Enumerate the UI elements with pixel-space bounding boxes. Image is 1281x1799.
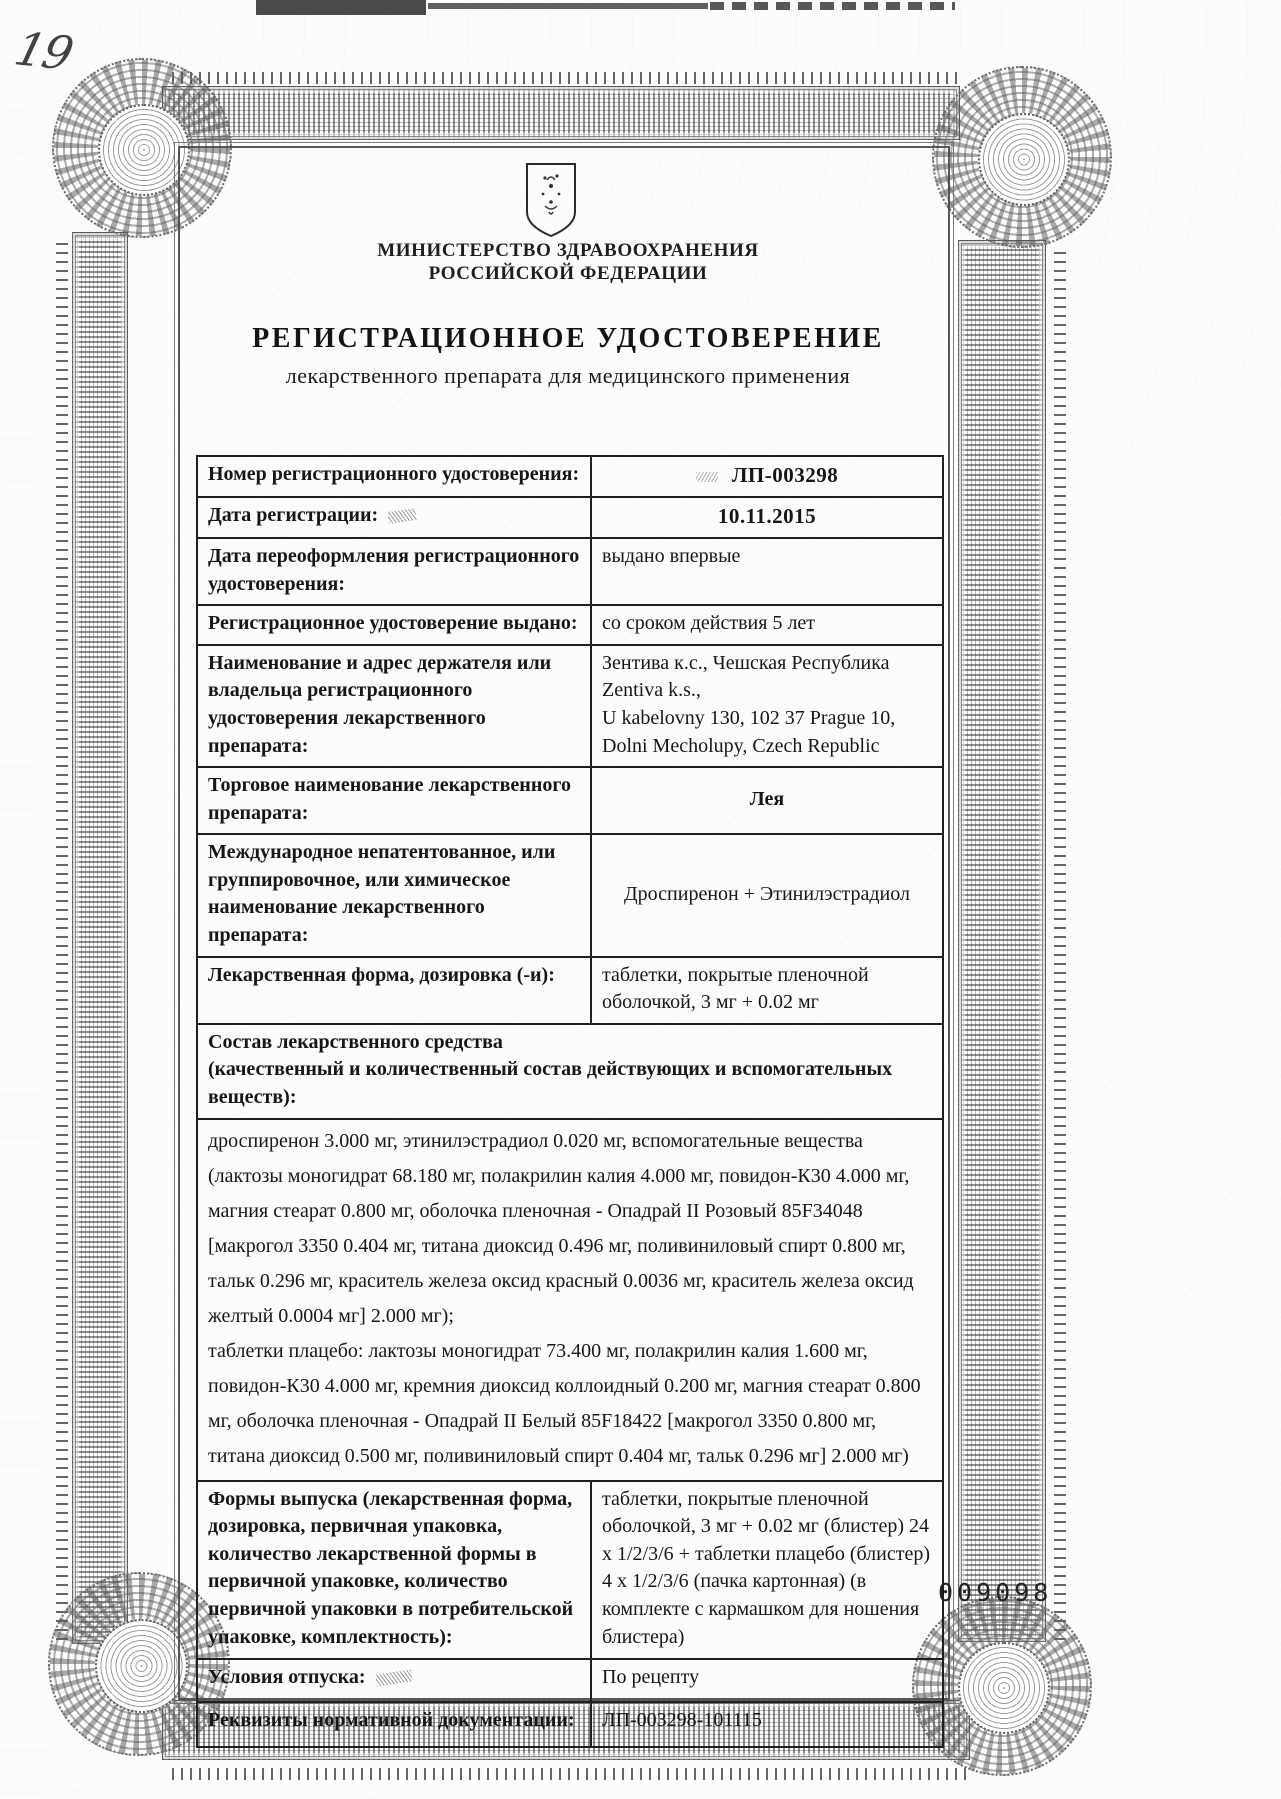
- holder-line: Zentiva k.s.,: [602, 677, 932, 705]
- row-label: Условия отпуска:: [198, 1660, 590, 1701]
- composition-heading-line1: Состав лекарственного средства: [208, 1029, 932, 1057]
- row-label: Дата переоформления регистрационного удо…: [198, 539, 590, 604]
- table-row-dosage-form: Лекарственная форма, дозировка (-и): таб…: [198, 956, 942, 1023]
- row-label: Номер регистрационного удостоверения:: [198, 457, 590, 496]
- holder-line: U kabelovny 130, 102 37 Prague 10,: [602, 705, 932, 733]
- row-label: Формы выпуска (лекарственная форма, дози…: [198, 1482, 590, 1658]
- coat-of-arms-icon: [523, 162, 579, 240]
- normative-doc-number: ЛП-003298-101115: [590, 1703, 942, 1746]
- ink-smudge: [696, 472, 718, 482]
- table-row-composition-body: дроспиренон 3.000 мг, этинилэстрадиол 0.…: [198, 1118, 942, 1480]
- composition-heading: Состав лекарственного средства (качестве…: [198, 1025, 942, 1118]
- frame-ticks-top: [172, 72, 960, 84]
- row-label: Реквизиты нормативной документации:: [198, 1703, 590, 1746]
- row-value: ЛП-003298: [590, 457, 942, 496]
- certificate-table: Номер регистрационного удостоверения: ЛП…: [196, 455, 944, 1748]
- document-title: РЕГИСТРАЦИОННОЕ УДОСТОВЕРЕНИЕ: [188, 323, 948, 355]
- table-row-dispensing: Условия отпуска: По рецепту: [198, 1658, 942, 1701]
- holder-line: Зентива к.с., Чешская Республика: [602, 650, 932, 678]
- ministry-name-line1: МИНИСТЕРСТВО ЗДРАВООХРАНЕНИЯ: [188, 240, 948, 262]
- table-row-reissue-date: Дата переоформления регистрационного удо…: [198, 537, 942, 604]
- row-label: Лекарственная форма, дозировка (-и):: [198, 958, 590, 1023]
- table-row-inn: Международное непатентованное, или групп…: [198, 833, 942, 955]
- composition-heading-line2: (качественный и количественный состав де…: [208, 1056, 932, 1111]
- table-row-trade-name: Торговое наименование лекарственного пре…: [198, 766, 942, 833]
- border-band-left: [72, 232, 128, 1644]
- row-label: Международное непатентованное, или групп…: [198, 835, 590, 955]
- composition-text: дроспиренон 3.000 мг, этинилэстрадиол 0.…: [198, 1120, 942, 1480]
- frame-ticks-left: [56, 240, 68, 1640]
- ministry-name-line2: РОССИЙСКОЙ ФЕДЕРАЦИИ: [188, 263, 948, 285]
- registration-number: ЛП-003298: [732, 463, 838, 487]
- composition-paragraph-2: таблетки плацебо: лактозы моногидрат 73.…: [208, 1334, 932, 1474]
- row-label: Наименование и адрес держателя или владе…: [198, 646, 590, 766]
- frame-ticks-bottom: [172, 1768, 972, 1780]
- trade-name: Лея: [590, 768, 942, 833]
- row-label: Регистрационное удостоверение выдано:: [198, 606, 590, 644]
- form-serial-number: 009098: [938, 1578, 1052, 1607]
- handwritten-page-number: 19: [10, 22, 77, 81]
- scan-artifact-bar: [710, 2, 955, 10]
- ink-smudge: [375, 1670, 412, 1687]
- row-label: Торговое наименование лекарственного пре…: [198, 768, 590, 833]
- row-value: выдано впервые: [590, 539, 942, 604]
- border-band-right: [958, 240, 1046, 1642]
- table-row-validity: Регистрационное удостоверение выдано: со…: [198, 604, 942, 644]
- table-row-holder: Наименование и адрес держателя или владе…: [198, 644, 942, 766]
- table-row-composition-heading: Состав лекарственного средства (качестве…: [198, 1023, 942, 1118]
- document-subtitle: лекарственного препарата для медицинског…: [188, 363, 948, 389]
- holder-line: Dolni Mecholupy, Czech Republic: [602, 733, 932, 761]
- dispensing-conditions: По рецепту: [590, 1660, 942, 1701]
- row-label-text: Условия отпуска:: [208, 1666, 366, 1688]
- ink-smudge: [388, 508, 417, 524]
- table-row-normative-docs: Реквизиты нормативной документации: ЛП-0…: [198, 1701, 942, 1746]
- table-row-release-forms: Формы выпуска (лекарственная форма, дози…: [198, 1480, 942, 1658]
- frame-ticks-right: [1054, 250, 1066, 1640]
- border-band-top: [162, 86, 960, 140]
- holder-address: Зентива к.с., Чешская Республика Zentiva…: [590, 646, 942, 766]
- dosage-form: таблетки, покрытые пленочной оболочкой, …: [590, 958, 942, 1023]
- scan-artifact-bar: [428, 3, 708, 9]
- table-row-date: Дата регистрации: 10.11.2015: [198, 496, 942, 537]
- corner-rosette-top-right: [932, 66, 1112, 248]
- row-label-text: Дата регистрации:: [208, 504, 378, 526]
- scan-artifact-bar: [256, 0, 426, 15]
- inn-name: Дроспиренон + Этинилэстрадиол: [590, 835, 942, 955]
- row-value: со сроком действия 5 лет: [590, 606, 942, 644]
- composition-paragraph-1: дроспиренон 3.000 мг, этинилэстрадиол 0.…: [208, 1124, 932, 1334]
- release-forms: таблетки, покрытые пленочной оболочкой, …: [590, 1482, 942, 1658]
- registration-date: 10.11.2015: [590, 498, 942, 537]
- table-row-number: Номер регистрационного удостоверения: ЛП…: [198, 457, 942, 496]
- row-label: Дата регистрации:: [198, 498, 590, 537]
- registration-certificate-page: 19 МИНИСТЕРСТВО ЗДРАВООХРАНЕНИЯ РОССИЙСК…: [0, 0, 1281, 1799]
